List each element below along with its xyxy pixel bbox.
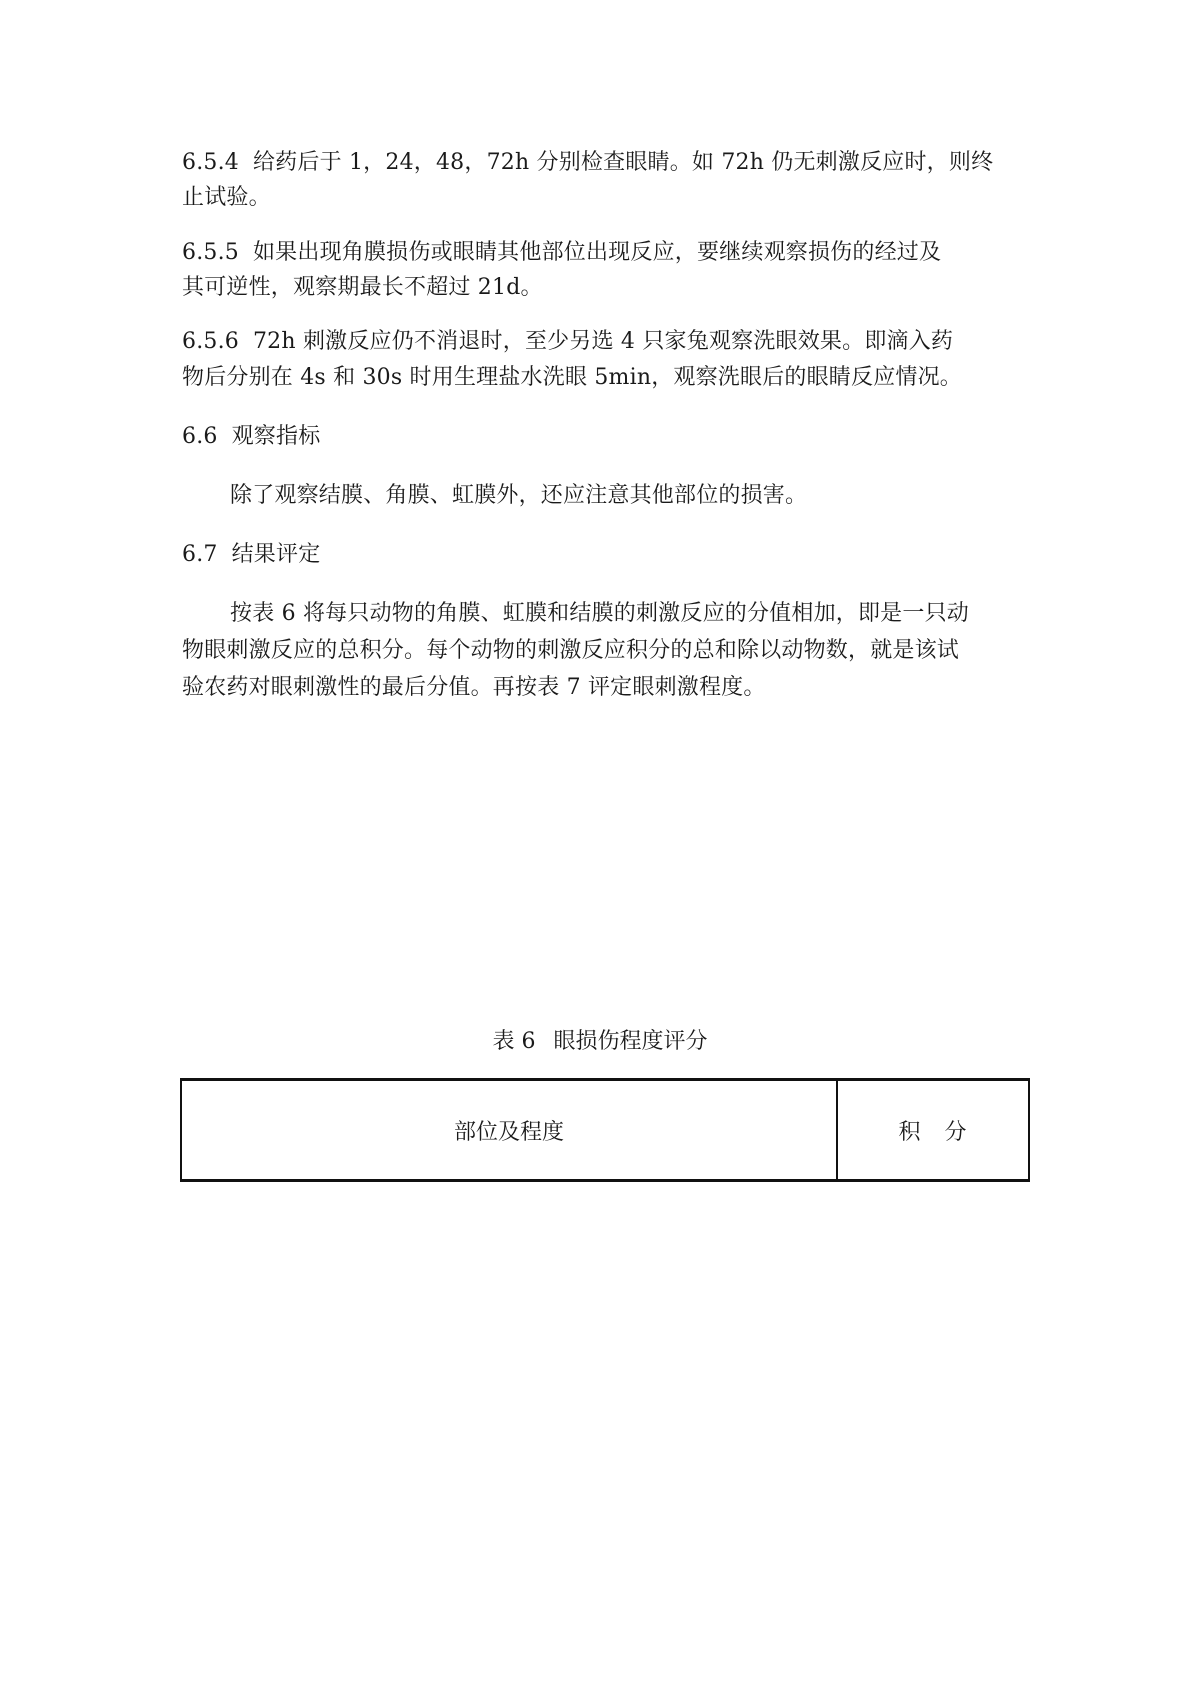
- section-number: 6.5.6: [182, 329, 239, 355]
- eye-damage-score-table: 部位及程度 积分: [180, 1078, 1030, 1182]
- section-6-5-6-line-1: 6.5.672h 刺激反应仍不消退时，至少另选 4 只家兔观察洗眼效果。即滴入药: [182, 329, 1027, 355]
- paragraph-6-7-line-2: 物眼刺激反应的总积分。每个动物的刺激反应积分的总和除以动物数，就是该试: [182, 638, 1027, 664]
- section-6-5-4-line-1: 6.5.4给药后于 1，24，48，72h 分别检查眼睛。如 72h 仍无刺激反…: [182, 150, 1027, 176]
- paragraph-6-7-line-3: 验农药对眼刺激性的最后分值。再按表 7 评定眼刺激程度。: [182, 675, 1027, 701]
- section-6-5-6-line-2: 物后分别在 4s 和 30s 时用生理盐水洗眼 5min，观察洗眼后的眼睛反应情…: [182, 365, 1027, 391]
- section-text: 给药后于 1，24，48，72h 分别检查眼睛。如 72h 仍无刺激反应时，则终: [253, 150, 993, 175]
- table-header-row: 部位及程度 积分: [181, 1080, 1029, 1181]
- section-6-5-5-line-2: 其可逆性，观察期最长不超过 21d。: [182, 275, 1027, 301]
- section-text: 如果出现角膜损伤或眼睛其他部位出现反应，要继续观察损伤的经过及: [253, 240, 941, 265]
- section-6-5-5-line-1: 6.5.5如果出现角膜损伤或眼睛其他部位出现反应，要继续观察损伤的经过及: [182, 240, 1027, 266]
- heading-6-7: 6.7结果评定: [182, 542, 1027, 568]
- heading-title: 结果评定: [232, 542, 321, 567]
- section-number: 6.5.5: [182, 240, 239, 266]
- header-location-degree: 部位及程度: [181, 1080, 837, 1181]
- heading-6-6: 6.6观察指标: [182, 424, 1027, 450]
- section-6-5-4-line-2: 止试验。: [182, 185, 1027, 211]
- paragraph-6-7-line-1: 按表 6 将每只动物的角膜、虹膜和结膜的刺激反应的分值相加，即是一只动: [230, 601, 1075, 627]
- section-number: 6.5.4: [182, 150, 239, 176]
- heading-number: 6.7: [182, 542, 218, 568]
- section-text: 72h 刺激反应仍不消退时，至少另选 4 只家兔观察洗眼效果。即滴入药: [253, 329, 953, 354]
- heading-number: 6.6: [182, 424, 218, 450]
- table-caption: 表 6眼损伤程度评分: [0, 1028, 1200, 1056]
- header-score: 积分: [837, 1080, 1029, 1181]
- heading-title: 观察指标: [232, 424, 321, 449]
- table-title: 眼损伤程度评分: [553, 1029, 707, 1054]
- table-number: 表 6: [492, 1028, 535, 1056]
- paragraph-6-6: 除了观察结膜、角膜、虹膜外，还应注意其他部位的损害。: [230, 483, 1075, 509]
